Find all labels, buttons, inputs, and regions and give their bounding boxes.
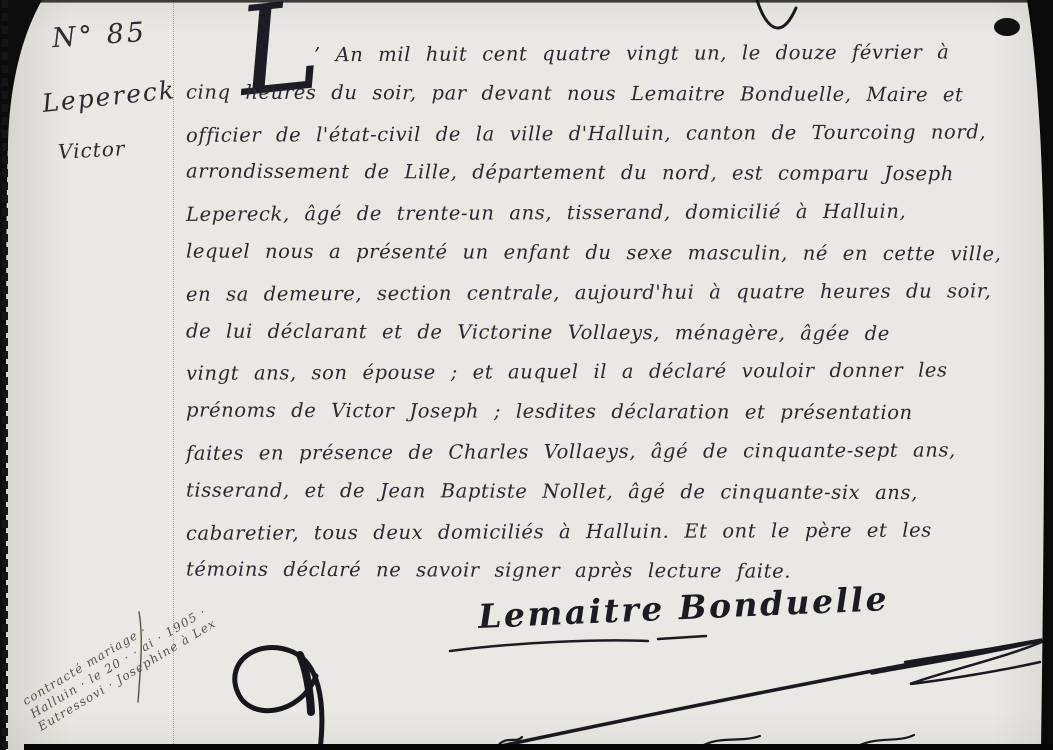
record-text: ’ An mil huit cent quatre vingt un, le d… (186, 34, 1022, 591)
scanned-civil-record-page: N° 85 Lepereck Victor L ’ An mil huit ce… (0, 0, 1053, 750)
annotation-line: contracté mariage · (20, 526, 311, 709)
margin-surname: Lepereck (41, 75, 177, 118)
record-line: cinq heures du soir, par devant nous Lem… (186, 72, 1022, 115)
record-line: faites en présence de Charles Vollaeys, … (186, 430, 1022, 473)
record-line: officier de l'état-civil de la ville d'H… (186, 112, 1022, 155)
cutoff-writing (496, 735, 914, 748)
record-line: prénoms de Victor Joseph ; lesdites décl… (186, 391, 1022, 434)
margin-given-name: Victor (57, 136, 125, 163)
record-line: vingt ans, son épouse ; et auquel il a d… (186, 351, 1022, 394)
sweep-flourish-curl (905, 640, 1046, 684)
right-edge-artifact (1027, 0, 1053, 750)
top-ink-mark (757, 0, 796, 28)
bottom-flourish (235, 648, 322, 750)
annotation-line: Eutressovi · Josephine à Lex (35, 552, 326, 735)
top-edge-artifact (36, 0, 1030, 3)
record-line: tisserand, et de Jean Baptiste Nollet, â… (186, 470, 1022, 513)
left-edge-artifact (0, 0, 42, 750)
act-number: N° 85 (51, 17, 148, 55)
bottom-edge-artifact (24, 744, 1053, 750)
bottom-flourish-accent (300, 655, 311, 712)
signature-underline (450, 636, 706, 651)
record-line: Lepereck, âgé de trente-un ans, tisseran… (186, 191, 1022, 234)
record-line: en sa demeure, section centrale, aujourd… (186, 271, 1022, 314)
record-line: arrondissement de Lille, département du … (186, 152, 1022, 195)
record-line: lequel nous a présenté un enfant du sexe… (186, 232, 1022, 275)
record-line: de lui déclarant et de Victorine Vollaey… (186, 311, 1022, 354)
sweep-flourish (468, 640, 1042, 750)
record-line: ’ An mil huit cent quatre vingt un, le d… (186, 32, 1022, 75)
